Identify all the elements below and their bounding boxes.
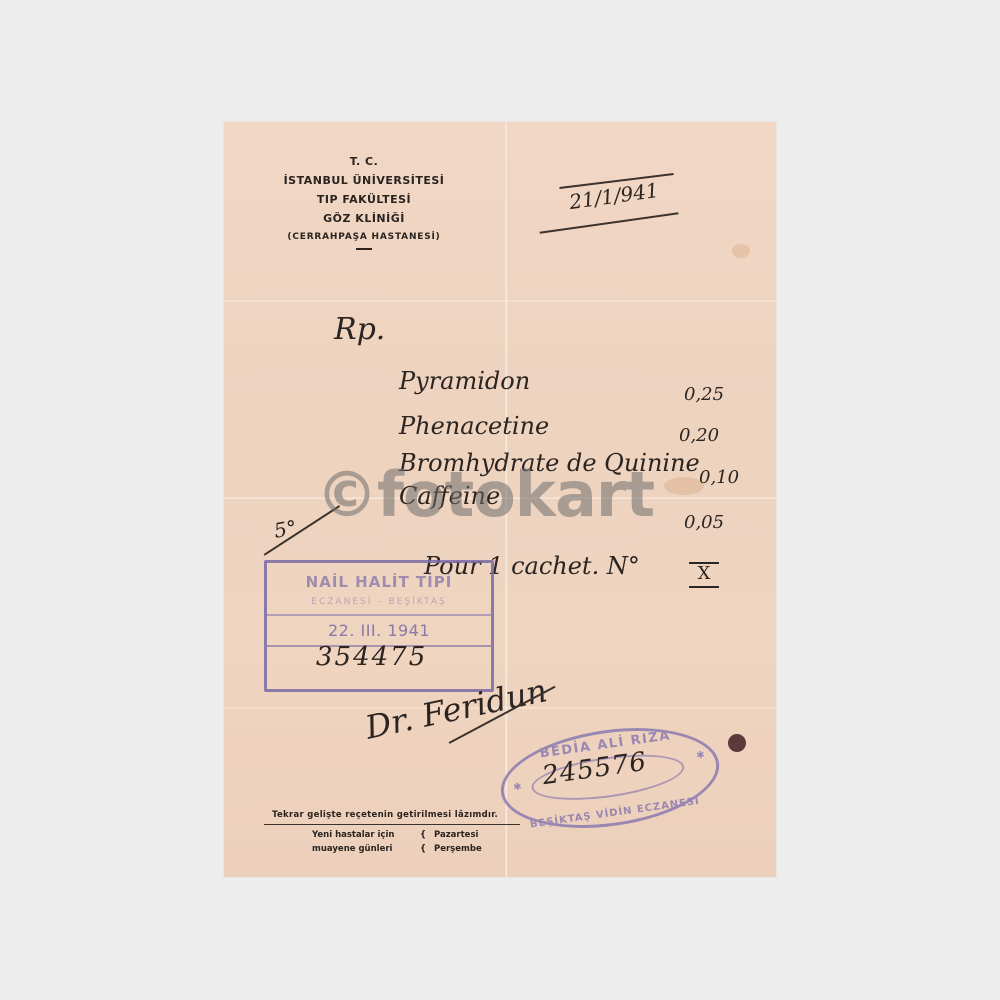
- medication-name: Pyramidon: [399, 367, 530, 395]
- stamp-divider: [267, 614, 491, 616]
- medication-dose: 0,05: [684, 512, 724, 533]
- medication-dose: 0,10: [699, 467, 739, 488]
- letterhead-faculty: TIP FAKÜLTESİ: [254, 190, 474, 209]
- letterhead-clinic: GÖZ KLİNİĞİ: [254, 209, 474, 228]
- footer-note: Tekrar gelişte reçetenin getirilmesi lâz…: [272, 810, 498, 820]
- star-icon: ✱: [513, 781, 523, 793]
- oval-stamp-pharmacy: BEŞİKTAŞ VİDİN ECZANESİ: [508, 793, 721, 834]
- day-thursday: Perşembe: [434, 842, 482, 856]
- letterhead: T. C. İSTANBUL ÜNİVERSİTESİ TIP FAKÜLTES…: [254, 152, 474, 250]
- days-label-2: muayene günleri: [312, 842, 420, 856]
- stamp-pharmacy-name: NAİL HALİT TİPİ: [267, 573, 491, 591]
- pharmacy-stamp-rectangular: NAİL HALİT TİPİ ECZANESİ – BEŞİKTAŞ 22. …: [264, 560, 494, 692]
- stamp-date: 22. III. 1941: [267, 621, 491, 640]
- medication-name: Phenacetine: [399, 412, 549, 440]
- footer-divider: [264, 824, 520, 825]
- letterhead-hospital: (CERRAHPAŞA HASTANESİ): [254, 228, 474, 246]
- quantity-roman-numeral: X: [689, 562, 719, 588]
- letterhead-divider: [356, 248, 372, 250]
- medication-dose: 0,25: [684, 384, 724, 405]
- fold-crease-upper: [224, 300, 776, 302]
- paper-stain: [664, 477, 704, 495]
- day-monday: Pazartesi: [434, 828, 482, 842]
- star-icon: ✱: [696, 750, 706, 762]
- watermark: ©fotokart: [316, 458, 654, 531]
- stamp-pharmacy-subtitle: ECZANESİ – BEŞİKTAŞ: [267, 597, 491, 607]
- brace-icon: {: [420, 828, 434, 842]
- paper-stain: [732, 244, 750, 258]
- brace-icon: {: [420, 842, 434, 856]
- letterhead-university: İSTANBUL ÜNİVERSİTESİ: [254, 171, 474, 190]
- stamp-handwritten-number: 354475: [316, 642, 427, 672]
- wax-seal-dot: [728, 734, 746, 752]
- footer-exam-days: Yeni hastalar için { Pazartesi muayene g…: [312, 828, 482, 856]
- letterhead-tc: T. C.: [254, 152, 474, 171]
- date-underline-bottom: [540, 212, 679, 233]
- rx-symbol: Rp.: [334, 312, 385, 347]
- medication-dose: 0,20: [679, 425, 719, 446]
- days-label-1: Yeni hastalar için: [312, 828, 420, 842]
